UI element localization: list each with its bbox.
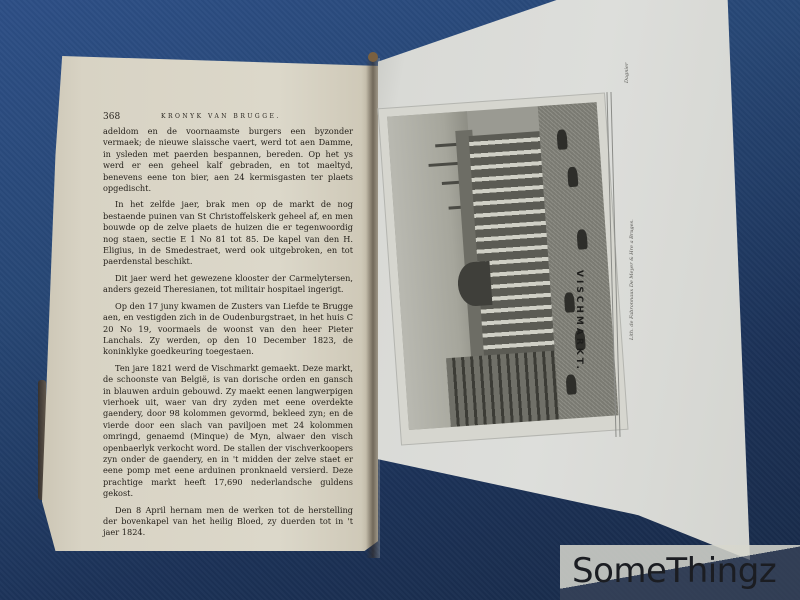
paragraph: Op den 17 juny kwamen de Zusters van Lie… bbox=[103, 301, 353, 358]
paragraph: Ten jare 1821 werd de Vischmarkt gemaekt… bbox=[103, 363, 353, 500]
houses bbox=[446, 350, 560, 427]
lithograph-image bbox=[387, 102, 618, 430]
watermark-text: SomeThingz bbox=[572, 551, 776, 591]
lithograph-plate bbox=[377, 92, 628, 445]
page-number: 368 bbox=[103, 112, 120, 122]
plate-mark: Dagnier bbox=[624, 63, 630, 83]
plate-title: VISCHMARKT. bbox=[574, 270, 584, 372]
page-body-text: adeldom en de voornaamste burgers een by… bbox=[103, 126, 353, 544]
paragraph: In het zelfde jaer, brak men op de markt… bbox=[103, 199, 353, 267]
figure bbox=[556, 129, 567, 150]
paragraph: adeldom en de voornaamste burgers een by… bbox=[103, 126, 353, 194]
page-header: 368 KRONYK VAN BRUGGE. bbox=[103, 112, 353, 124]
lithographer-credit: Lith. de Fabronnaux De Meyer & Hre a Bru… bbox=[629, 219, 635, 340]
binding-thread-knot bbox=[368, 52, 378, 62]
watermark: SomeThingz bbox=[560, 545, 800, 600]
paragraph: Den 8 April hernam men de werken tot de … bbox=[103, 505, 353, 539]
figure bbox=[576, 229, 587, 250]
figure bbox=[565, 374, 576, 395]
running-title: KRONYK VAN BRUGGE. bbox=[161, 113, 281, 120]
paragraph: Dit jaer werd het gewezene klooster der … bbox=[103, 273, 353, 296]
book-gutter bbox=[366, 58, 380, 558]
